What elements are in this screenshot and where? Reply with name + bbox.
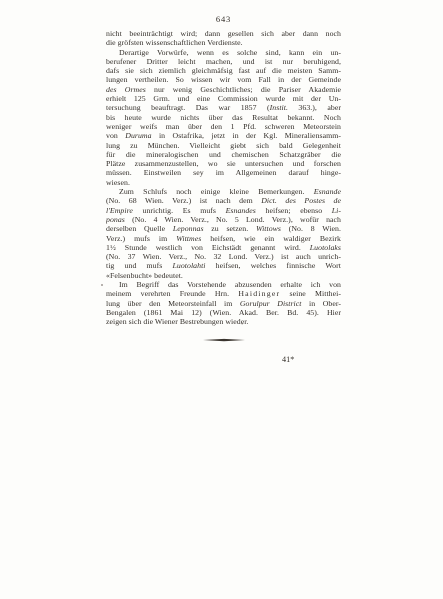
text-line: ponas (No. 4 Wien. Verz., No. 5 Lond. Ve… xyxy=(106,215,341,224)
text-line: Zum Schlufs noch einige kleine Bemerkung… xyxy=(106,187,341,196)
text-line: «Felsenbucht» bedeutet. xyxy=(106,271,341,280)
text-line: lungen vertheilen. So wissen wir vom Fal… xyxy=(106,75,341,84)
text-line: wiesen. xyxy=(106,178,341,187)
ink-speck xyxy=(101,284,103,286)
text-block: nicht beeinträchtigt wird; dann gesellen… xyxy=(106,29,341,327)
text-line: müssen. Einstweilen sey im Allgemeinen d… xyxy=(106,168,341,177)
text-line: (No. 37 Wien. Verz., No. 32 Lond. Verz.)… xyxy=(106,252,341,261)
text-line: Im Begriff das Vorstehende abzusenden er… xyxy=(106,280,341,289)
text-line: bis heute wurde nichts über das Resultat… xyxy=(106,113,341,122)
page-number: 643 xyxy=(106,14,341,24)
text-line: tig und mufs Luotolahti heifsen, welches… xyxy=(106,261,341,270)
text-line: Bengalen (1861 Mai 12) (Wien. Akad. Ber.… xyxy=(106,308,341,317)
text-line: für die mineralogischen und chemischen S… xyxy=(106,150,341,159)
text-line: lung zu München. Vielleicht giebt sich b… xyxy=(106,141,341,150)
text-line: nicht beeinträchtigt wird; dann gesellen… xyxy=(106,29,341,38)
text-line: Plätze zusammenzustellen, wo sie untersu… xyxy=(106,159,341,168)
text-line: meinem verehrten Freunde Hrn. Haidinger … xyxy=(106,289,341,298)
text-line: erhielt 125 Grm. und eine Commission wur… xyxy=(106,94,341,103)
text-line: berufener Dritter leicht machen, und ist… xyxy=(106,57,341,66)
text-line: 1½ Stunde westlich von Eichstädt genannt… xyxy=(106,243,341,252)
text-line: des Ormes nur wenig Geschichtliches; die… xyxy=(106,85,341,94)
text-line: (No. 68 Wien. Verz.) ist nach dem Dict. … xyxy=(106,196,341,205)
section-divider-rule-icon xyxy=(203,330,245,336)
book-page: 643 nicht beeinträchtigt wird; dann gese… xyxy=(0,0,443,599)
text-line: zeigen sich die Wiener Bestrebungen wied… xyxy=(106,317,341,326)
text-line: lung über den Meteorsteinfall im Gorulpu… xyxy=(106,299,341,308)
text-line: tersuchung beauftragt. Das war 1857 (Ins… xyxy=(106,103,341,112)
text-line: l'Empire unrichtig. Es mufs Esnandes hei… xyxy=(106,206,341,215)
text-line: die gröfsten wissenschaftlichen Verdiens… xyxy=(106,38,341,47)
text-line: von Duruma in Ostafrika, jetzt in der Kg… xyxy=(106,131,341,140)
signature-mark: 41* xyxy=(282,355,294,364)
text-line: Derartige Vorwürfe, wenn es solche sind,… xyxy=(106,48,341,57)
divider-tick-mark: ’ xyxy=(241,322,243,330)
text-line: Verz.) mufs im Wittmes heifsen, wie ein … xyxy=(106,234,341,243)
text-line: derselben Quelle Leponnas zu setzen. Wit… xyxy=(106,224,341,233)
text-line: weniger weifs man über den 1 Pfd. schwer… xyxy=(106,122,341,131)
text-line: dafs sie sich ziemlich gleichmäfsig fast… xyxy=(106,66,341,75)
